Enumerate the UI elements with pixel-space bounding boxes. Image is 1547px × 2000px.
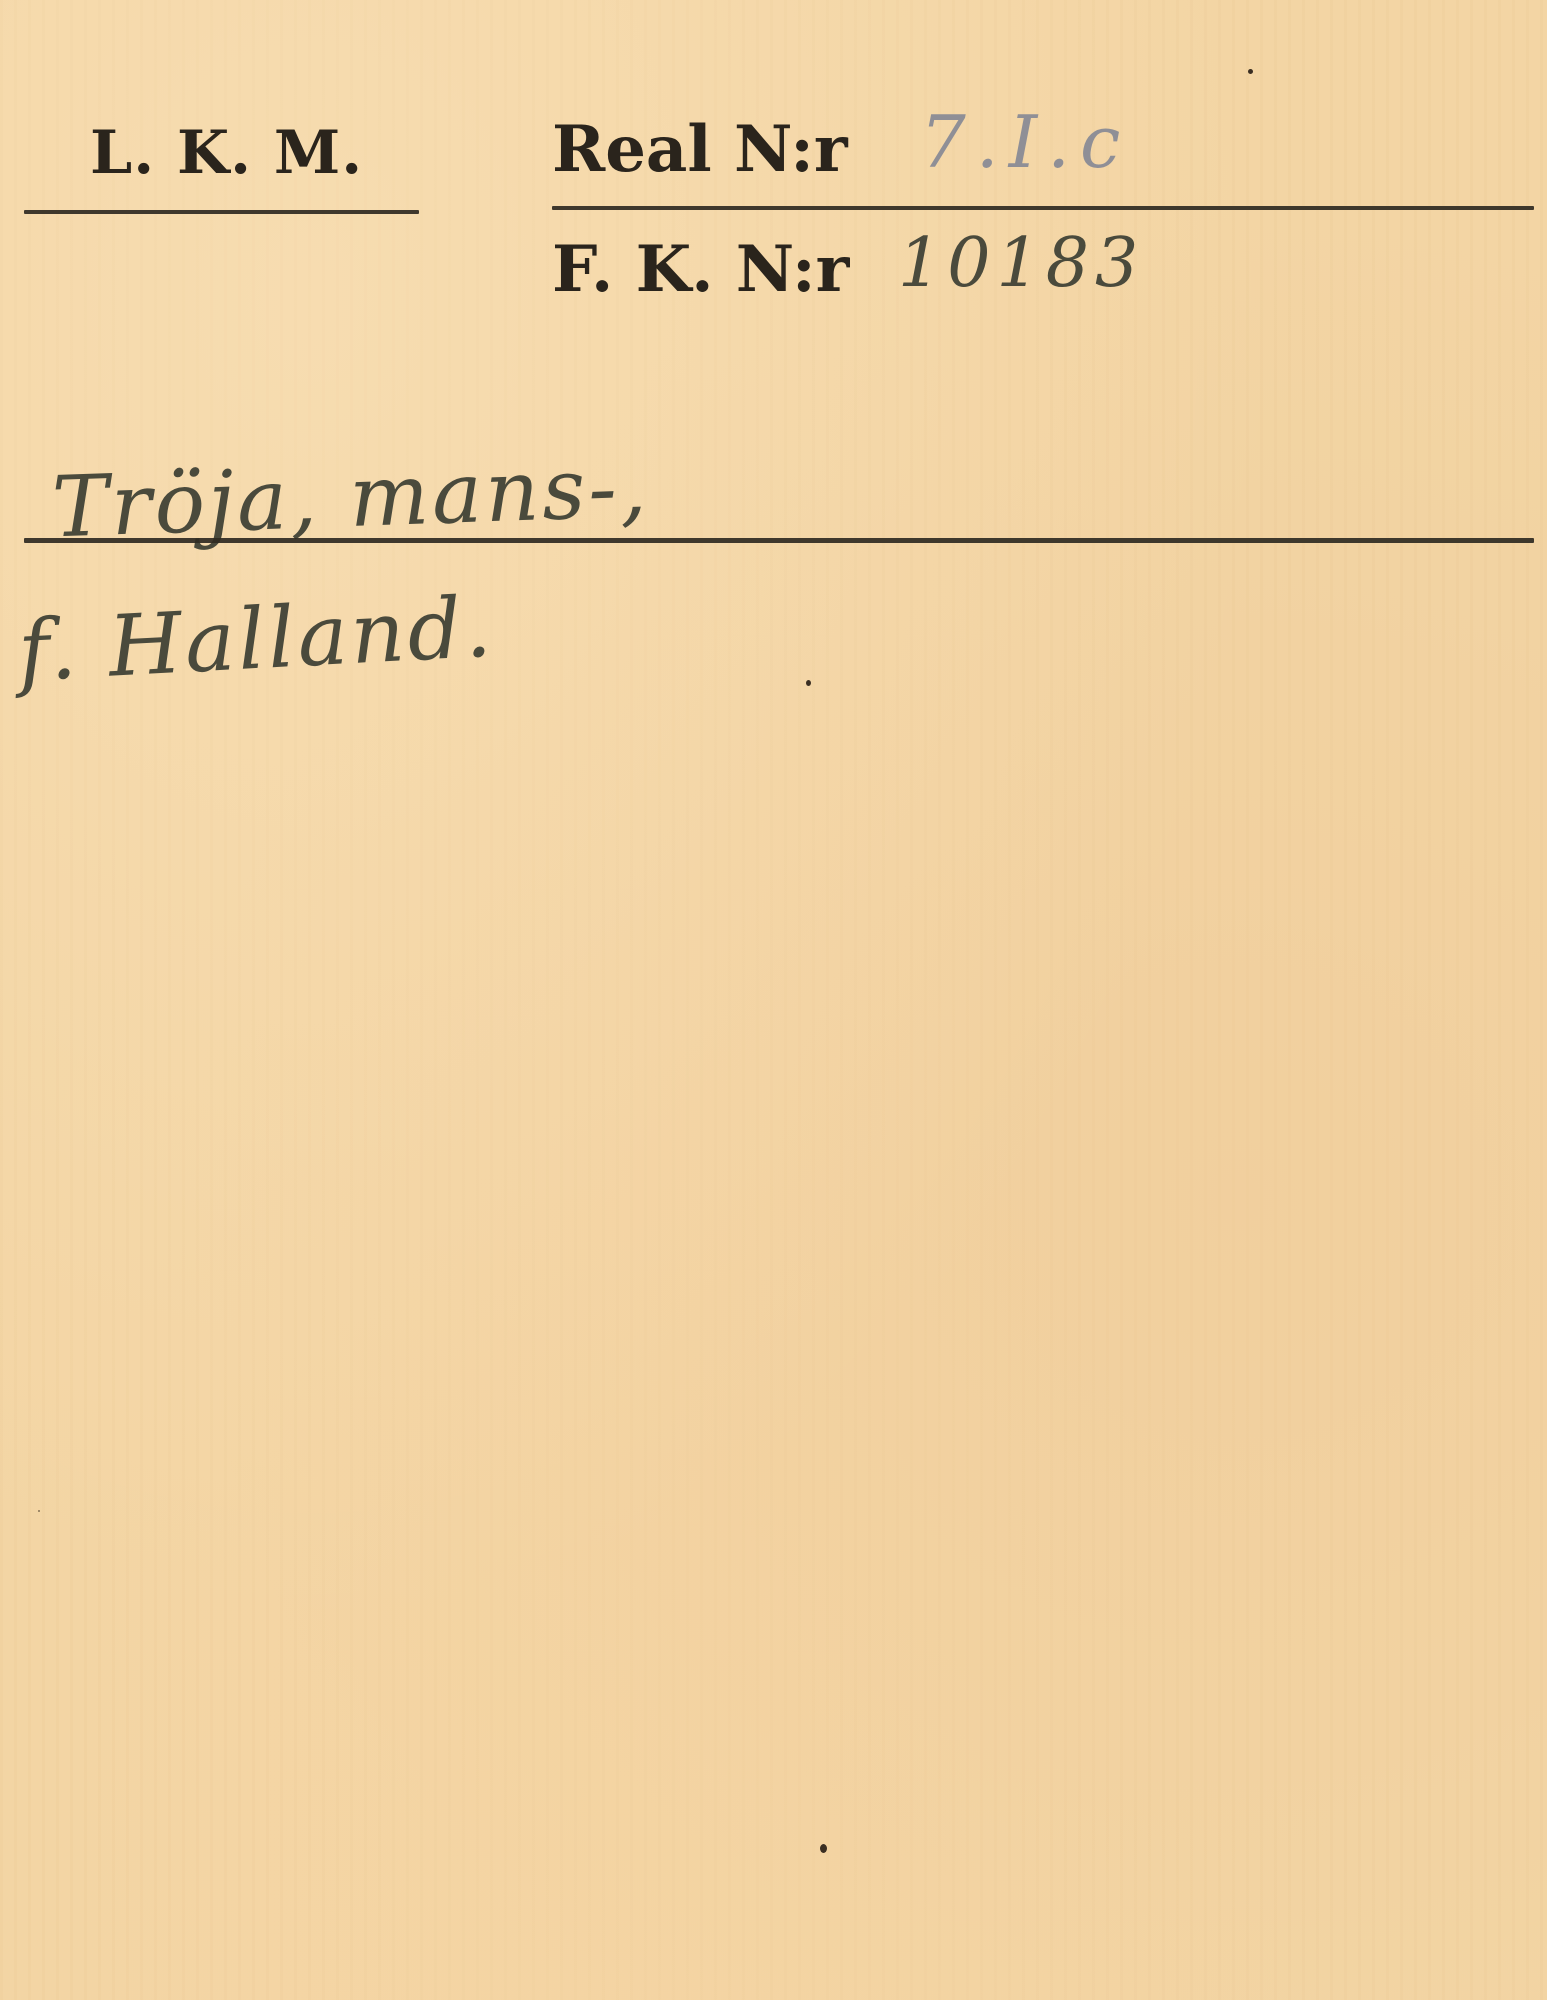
catalogue-card: L. K. M. Real N:r 7.I.c F. K. N:r 10183 … bbox=[0, 0, 1547, 2000]
entry-line-2: f. Halland. bbox=[16, 578, 497, 701]
paper-speck bbox=[1248, 69, 1253, 74]
real-number-value: 7.I.c bbox=[920, 100, 1130, 184]
paper-speck bbox=[820, 1844, 827, 1853]
paper-speck bbox=[38, 1510, 40, 1512]
fk-number-label: F. K. N:r bbox=[552, 232, 849, 307]
real-number-rule bbox=[552, 206, 1534, 210]
paper-speck bbox=[806, 680, 811, 686]
institution-abbrev: L. K. M. bbox=[90, 118, 363, 188]
fk-number-value: 10183 bbox=[898, 224, 1144, 303]
institution-underline bbox=[24, 210, 419, 214]
entry-rule bbox=[24, 538, 1534, 543]
real-number-label: Real N:r bbox=[552, 112, 848, 187]
